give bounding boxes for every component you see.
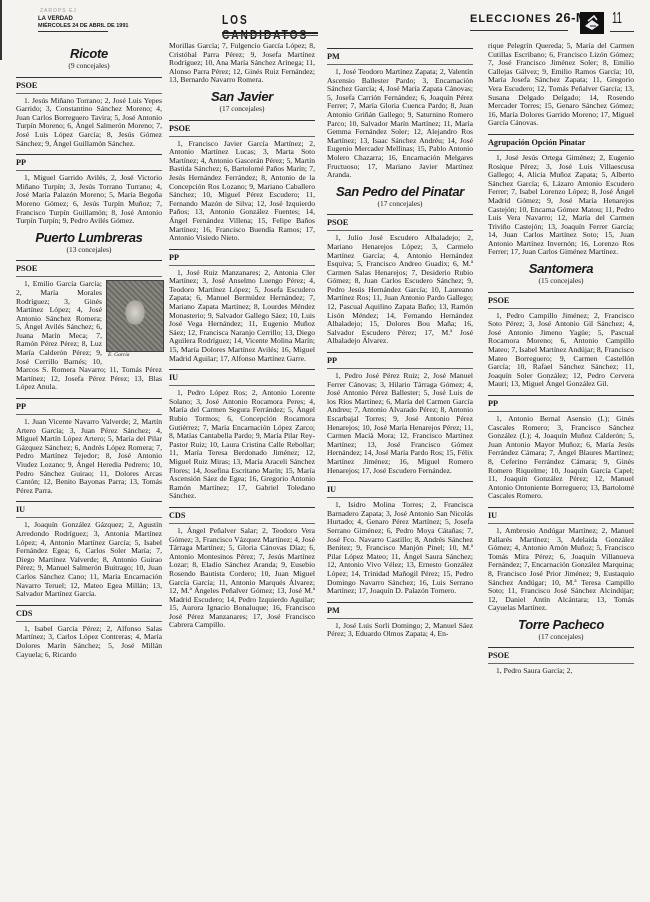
party-heading: CDS <box>169 507 315 521</box>
candidate-list-block: 1, Pedro Campillo Jiménez; 2, Francisco … <box>488 312 634 389</box>
divider <box>488 523 634 524</box>
party-heading: PM <box>327 602 473 616</box>
elections-label: ELECCIONES 26-M <box>470 10 587 25</box>
party-heading: PSOE <box>488 647 634 661</box>
candidate-list-block: 1, Isabel García Pérez; 2, Alfonso Salas… <box>16 625 162 659</box>
divider <box>488 308 634 309</box>
divider <box>327 230 473 231</box>
party-heading: PP <box>169 249 315 263</box>
divider <box>327 497 473 498</box>
party-heading: IU <box>169 369 315 383</box>
divider <box>16 170 162 171</box>
divider <box>222 32 318 34</box>
divider <box>16 93 162 94</box>
divider <box>470 30 568 31</box>
candidate-list-block: 1. Juan Vicente Navarro Valverde; 2, Mar… <box>16 418 162 495</box>
party-heading: CDS <box>16 605 162 619</box>
candidate-list: 1, Miguel Garrido Avilés, 2, José Victor… <box>16 174 162 226</box>
candidate-list: Morillas García; 7, Fulgencio García Lóp… <box>169 42 315 85</box>
candidate-list: 1, Pedro Campillo Jiménez; 2, Francisco … <box>488 312 634 389</box>
candidate-list-block: 1, Isidro Molina Torres; 2, Francisca Ba… <box>327 501 473 596</box>
column-2: Morillas García; 7, Fulgencio García Lóp… <box>169 42 315 630</box>
divider <box>16 414 162 415</box>
party-heading: PP <box>488 395 634 409</box>
section-title: LOS CANDIDATOS <box>222 12 300 42</box>
candidate-list: 1, Ángel Peñalver Salar; 2, Teodoro Vera… <box>169 527 315 630</box>
party-heading: PM <box>327 48 473 62</box>
photo-caption: E. García <box>106 352 162 359</box>
candidate-list-block: 1, Joaquín González Gázquez; 2, Agustín … <box>16 521 162 598</box>
divider <box>222 35 318 36</box>
candidate-list-block: 1. Jesús Miñano Torrano; 2, José Luis Ye… <box>16 97 162 149</box>
seat-count: (9 concejales) <box>16 62 162 71</box>
divider <box>16 276 162 277</box>
candidate-list: 1, Julio José Escudero Albaladejo; 2, Ma… <box>327 234 473 346</box>
candidate-list: 1, Joaquín González Gázquez; 2, Agustín … <box>16 521 162 598</box>
candidate-list: 1, Pedro José Pérez Ruiz; 2, José Manuel… <box>327 372 473 475</box>
candidate-list: 1, Pedro López Ros; 2, Antonio Lorente S… <box>169 389 315 501</box>
municipality-title: San Pedro del Pinatar <box>327 184 473 199</box>
page-header: ZAROPS EJ LA VERDAD MIÉRCOLES 24 DE ABRI… <box>0 0 650 38</box>
seat-count: (17 concejales) <box>488 633 634 642</box>
party-heading: PP <box>16 398 162 412</box>
candidate-list: 1, Isabel García Pérez; 2, Alfonso Salas… <box>16 625 162 659</box>
page-number: 11 <box>612 10 622 28</box>
seat-count: (17 concejales) <box>169 105 315 114</box>
municipality-title: Ricote <box>16 46 162 61</box>
column-3: PM1, José Teodoro Martínez Zapata; 2, Va… <box>327 42 473 639</box>
candidate-list-block: 1, José Ruiz Manzanares; 2, Antonia Cler… <box>169 269 315 364</box>
party-heading: PP <box>16 154 162 168</box>
party-heading: IU <box>488 507 634 521</box>
candidate-list: 1, Ambrosio Andúgar Martínez; 2, Manuel … <box>488 527 634 613</box>
candidate-list: 1. Juan Vicente Navarro Valverde; 2, Mar… <box>16 418 162 495</box>
candidate-list-block: 1, Pedro José Pérez Ruiz; 2, José Manuel… <box>327 372 473 475</box>
publication-date: MIÉRCOLES 24 DE ABRIL DE 1991 <box>38 23 128 29</box>
column-1: Ricote(9 concejales)PSOE1. Jesús Miñano … <box>16 42 162 659</box>
candidate-list-block: 1, Pedro Saura García; 2, <box>488 667 634 676</box>
candidate-list-block: 1, José Teodoro Martínez Zapata; 2, Vale… <box>327 68 473 180</box>
portrait-image <box>106 280 164 352</box>
masthead-tag: ZAROPS EJ <box>40 8 77 14</box>
party-heading: Agrupación Opción Pinatar <box>488 134 634 148</box>
divider <box>169 136 315 137</box>
column-4: rique Pelegrín Quereda; 5, María del Car… <box>488 42 634 676</box>
candidate-list: 1, Francisco Javier García Martínez; 2, … <box>169 140 315 243</box>
candidate-list-block: 1, Pedro López Ros; 2, Antonio Lorente S… <box>169 389 315 501</box>
candidate-list-block: rique Pelegrín Quereda; 5, María del Car… <box>488 42 634 128</box>
divider <box>327 64 473 65</box>
divider <box>169 385 315 386</box>
party-heading: PSOE <box>16 260 162 274</box>
candidate-photo: E. García <box>106 280 162 359</box>
candidate-list: 1. Jesús Miñano Torrano; 2, José Luis Ye… <box>16 97 162 149</box>
party-heading: PSOE <box>16 77 162 91</box>
candidate-list-block: Morillas García; 7, Fulgencio García Lóp… <box>169 42 315 85</box>
party-heading: IU <box>16 501 162 515</box>
candidate-list-block: 1, Ángel Peñalver Salar; 2, Teodoro Vera… <box>169 527 315 630</box>
candidate-list: 1, José Luis Sorli Domingo; 2, Manuel Sá… <box>327 622 473 639</box>
divider <box>327 368 473 369</box>
party-heading: IU <box>327 481 473 495</box>
divider <box>169 265 315 266</box>
candidate-list: 1, Antonio Bernal Asensio (I.); Ginés Ca… <box>488 415 634 501</box>
seat-count: (17 concejales) <box>327 200 473 209</box>
municipality-title: San Javier <box>169 89 315 104</box>
divider <box>488 411 634 412</box>
candidate-list: 1, José Jesús Ortega Giménez; 2, Eugenio… <box>488 154 634 257</box>
candidate-list-block: E. García1, Emilio García García; 2, Mar… <box>16 280 162 392</box>
candidate-list-block: 1, Julio José Escudero Albaladejo; 2, Ma… <box>327 234 473 346</box>
ballot-box-icon <box>580 12 604 34</box>
party-heading: PSOE <box>488 292 634 306</box>
candidate-list: 1, José Teodoro Martínez Zapata; 2, Vale… <box>327 68 473 180</box>
seat-count: (13 concejales) <box>16 246 162 255</box>
seat-count: (15 concejales) <box>488 277 634 286</box>
candidate-list-block: 1, Ambrosio Andúgar Martínez; 2, Manuel … <box>488 527 634 613</box>
municipality-title: Santomera <box>488 261 634 276</box>
candidate-list: rique Pelegrín Quereda; 5, María del Car… <box>488 42 634 128</box>
page-edge <box>0 0 2 60</box>
candidate-list-block: 1, Miguel Garrido Avilés, 2, José Victor… <box>16 174 162 226</box>
party-heading: PSOE <box>169 120 315 134</box>
divider <box>488 663 634 664</box>
divider <box>610 31 634 32</box>
divider <box>16 621 162 622</box>
candidate-list: 1, José Ruiz Manzanares; 2, Antonia Cler… <box>169 269 315 364</box>
candidate-list-block: 1, José Jesús Ortega Giménez; 2, Eugenio… <box>488 154 634 257</box>
municipality-title: Puerto Lumbreras <box>16 230 162 245</box>
divider <box>16 517 162 518</box>
candidate-list-block: 1, Antonio Bernal Asensio (I.); Ginés Ca… <box>488 415 634 501</box>
elections-label-prefix: ELECCIONES <box>470 13 552 25</box>
divider <box>38 31 108 32</box>
newspaper-name: LA VERDAD <box>38 16 73 22</box>
candidate-list-block: 1, Francisco Javier García Martínez; 2, … <box>169 140 315 243</box>
divider <box>488 150 634 151</box>
candidate-list: 1, Pedro Saura García; 2, <box>488 667 634 676</box>
party-heading: PP <box>327 352 473 366</box>
divider <box>169 523 315 524</box>
divider <box>327 618 473 619</box>
municipality-title: Torre Pacheco <box>488 617 634 632</box>
candidate-list-block: 1, José Luis Sorli Domingo; 2, Manuel Sá… <box>327 622 473 639</box>
candidate-list: 1, Isidro Molina Torres; 2, Francisca Ba… <box>327 501 473 596</box>
party-heading: PSOE <box>327 214 473 228</box>
